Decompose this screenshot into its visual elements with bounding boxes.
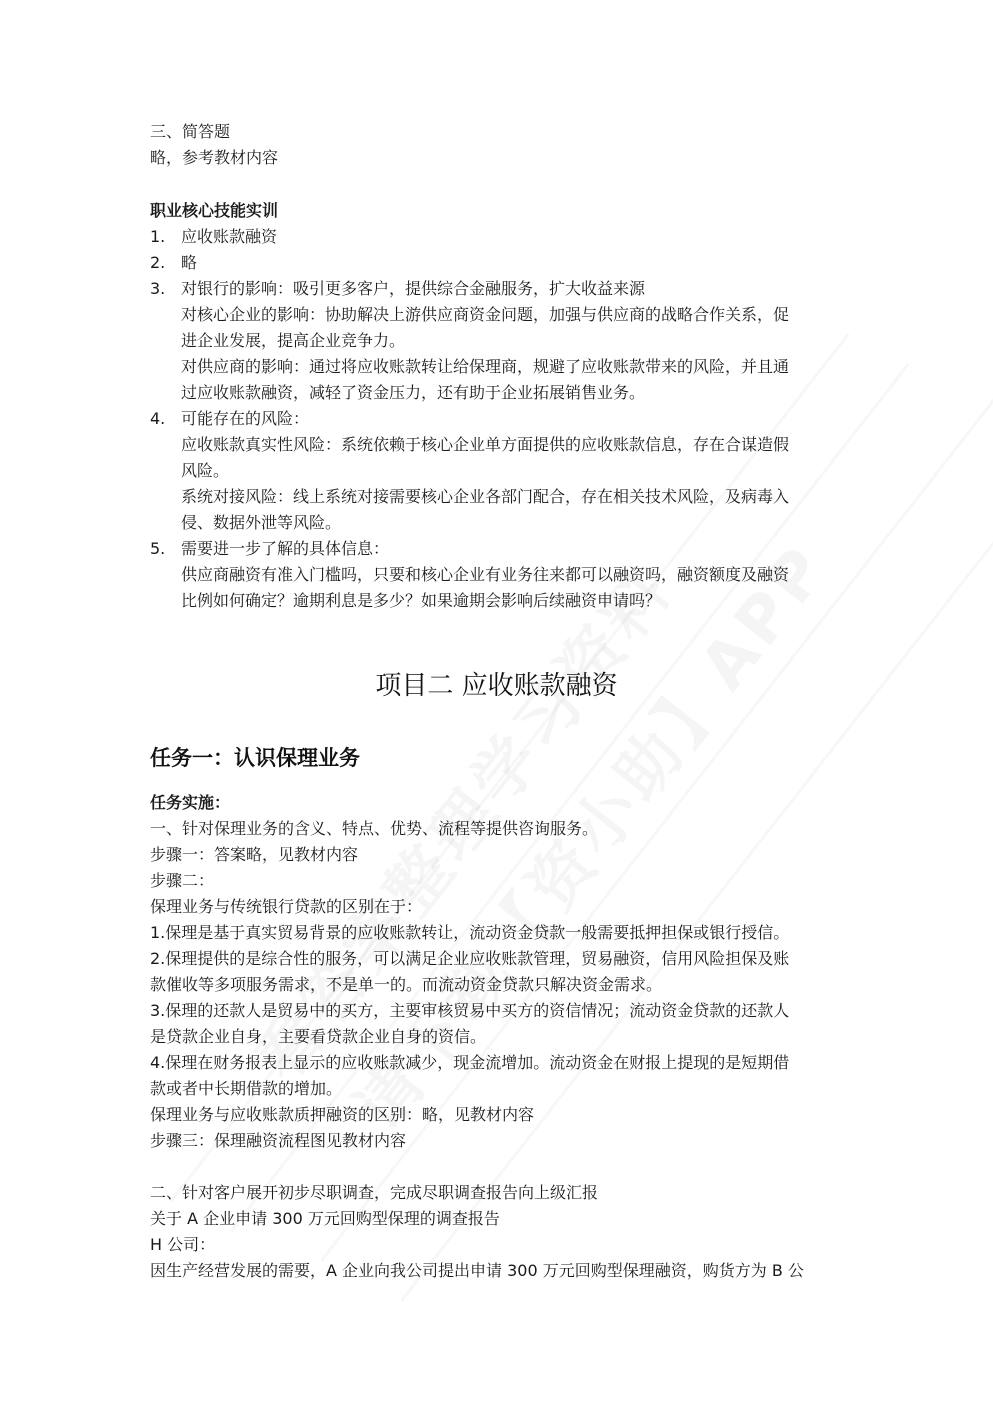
- body-line: 保理业务与传统银行贷款的区别在于：: [150, 894, 422, 920]
- body-line: 因生产经营发展的需要，A 企业向我公司提出申请 300 万元回购型保理融资，购货…: [150, 1258, 804, 1284]
- list-item-number: 1.: [150, 224, 165, 250]
- body-line: 款或者中长期借款的增加。: [150, 1076, 342, 1102]
- list-item-text: 供应商融资有准入门槛吗，只要和核心企业有业务往来都可以融资吗，融资额度及融资: [181, 562, 789, 588]
- body-line: 3.保理的还款人是贸易中的买方，主要审核贸易中买方的资信情况；流动资金贷款的还款…: [150, 998, 789, 1024]
- list-item-text: 过应收账款融资，减轻了资金压力，还有助于企业拓展销售业务。: [181, 380, 645, 406]
- list-item-text: 系统对接风险：线上系统对接需要核心企业各部门配合，存在相关技术风险，及病毒入: [181, 484, 789, 510]
- short-answer-body: 略，参考教材内容: [150, 145, 278, 171]
- list-item-number: 2.: [150, 250, 165, 276]
- body-line: 一、针对保理业务的含义、特点、优势、流程等提供咨询服务。: [150, 816, 598, 842]
- body-line: 步骤三：保理融资流程图见教材内容: [150, 1128, 406, 1154]
- body-line: 款催收等多项服务需求，不是单一的。而流动资金贷款只解决资金需求。: [150, 972, 662, 998]
- body-line: 4.保理在财务报表上显示的应收账款减少，现金流增加。流动资金在财报上提现的是短期…: [150, 1050, 789, 1076]
- list-item-text: 对银行的影响：吸引更多客户，提供综合金融服务，扩大收益来源: [181, 276, 645, 302]
- list-item-text: 应收账款融资: [181, 224, 277, 250]
- body-line: 步骤二：: [150, 868, 214, 894]
- body-line: 二、针对客户展开初步尽职调查，完成尽职调查报告向上级汇报: [150, 1180, 598, 1206]
- body-line: H 公司：: [150, 1232, 215, 1258]
- list-item-text: 风险。: [181, 458, 229, 484]
- skills-training-heading: 职业核心技能实训: [150, 198, 278, 224]
- list-item-text: 对核心企业的影响：协助解决上游供应商资金问题，加强与供应商的战略合作关系，促: [181, 302, 789, 328]
- list-item-number: 5.: [150, 536, 165, 562]
- list-item-text: 比例如何确定？逾期利息是多少？如果逾期会影响后续融资申请吗？: [181, 588, 661, 614]
- list-item-text: 侵、数据外泄等风险。: [181, 510, 341, 536]
- body-line: 关于 A 企业申请 300 万元回购型保理的调查报告: [150, 1206, 500, 1232]
- list-item-text: 需要进一步了解的具体信息：: [181, 536, 389, 562]
- list-item-text: 略: [181, 250, 197, 276]
- list-item-text: 应收账款真实性风险：系统依赖于核心企业单方面提供的应收账款信息，存在合谋造假: [181, 432, 789, 458]
- list-item-text: 进企业发展，提高企业竞争力。: [181, 328, 405, 354]
- task-implementation-label: 任务实施：: [150, 790, 230, 816]
- document-page: 看答案整理学习资料 请下载【资小助】APP 三、简答题 略，参考教材内容 职业核…: [0, 0, 993, 1404]
- section-heading-short-answer: 三、简答题: [150, 119, 230, 145]
- list-item-text: 可能存在的风险：: [181, 406, 309, 432]
- project-title: 项目二 应收账款融资: [0, 666, 993, 706]
- body-line: 1.保理是基于真实贸易背景的应收账款转让，流动资金贷款一般需要抵押担保或银行授信…: [150, 920, 789, 946]
- list-item-number: 4.: [150, 406, 165, 432]
- body-line: 是贷款企业自身，主要看贷款企业自身的资信。: [150, 1024, 486, 1050]
- list-item-number: 3.: [150, 276, 165, 302]
- body-line: 2.保理提供的是综合性的服务，可以满足企业应收账款管理，贸易融资，信用风险担保及…: [150, 946, 789, 972]
- body-line: 保理业务与应收账款质押融资的区别：略，见教材内容: [150, 1102, 534, 1128]
- list-item-text: 对供应商的影响：通过将应收账款转让给保理商，规避了应收账款带来的风险，并且通: [181, 354, 789, 380]
- task-heading: 任务一：认识保理业务: [150, 741, 360, 775]
- body-line: 步骤一：答案略，见教材内容: [150, 842, 358, 868]
